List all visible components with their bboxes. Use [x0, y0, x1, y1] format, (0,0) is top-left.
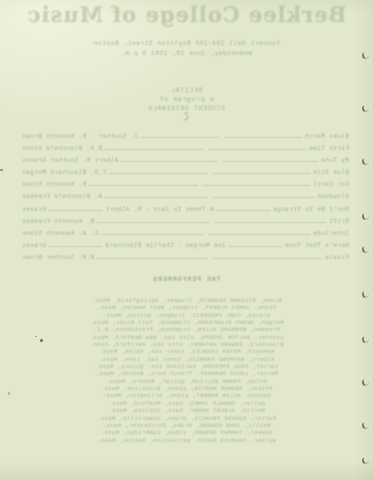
piece-title: First Time — [309, 143, 349, 155]
squiggle-mark: ζ — [0, 112, 373, 122]
composer-name: Graves — [22, 204, 46, 216]
dot-leader — [225, 137, 302, 138]
piece-title: Slowdown — [317, 191, 349, 203]
dot-leader — [229, 246, 282, 247]
composer-name: Graves — [22, 240, 46, 252]
program-row: For CarolR. Kenneth Stone — [22, 179, 349, 191]
recital-line-2: a program of — [0, 96, 373, 103]
dot-leader — [109, 173, 206, 174]
dot-leader — [213, 173, 310, 174]
dot-leader — [97, 258, 206, 259]
composer-name: C.D. Blanchard Morgan — [22, 167, 106, 179]
performer-line: Kenneth, PETER CHARLES, tenor sax, Salem… — [0, 348, 373, 355]
performer-line: Reilly, JOHN EDWARD, drums, Dorchester, … — [0, 422, 373, 429]
program-row: Here's That TuneJoe Morgan - Charlie Bla… — [22, 240, 349, 252]
paper-speck — [0, 169, 3, 171]
composer-name: B. Kenneth Freeman — [22, 216, 94, 228]
composer-name: R. Kenneth Stone — [22, 179, 86, 191]
dot-leader — [223, 161, 318, 162]
dot-leader — [105, 197, 206, 198]
performer-line: Walker, CHARLES DAVID, percussion, Bosto… — [0, 437, 373, 444]
bleed-through-layer: Berklee College of Music Concert Hall 28… — [0, 0, 373, 480]
program-row: SlowdownA. Blanchard Freeman — [22, 191, 349, 203]
paper-speck — [35, 336, 37, 337]
program-row: Blue SilkC.D. Blanchard Morgan — [22, 167, 349, 179]
program-row: Don't Be So StrangeA Theme In Jazz - R. … — [22, 204, 349, 216]
piece-title: Blue Silk — [313, 167, 349, 179]
piece-title: Drift — [329, 216, 349, 228]
scanned-page: Berklee College of Music Concert Hall 28… — [0, 0, 373, 480]
dot-leader — [213, 258, 322, 259]
composer-name: Albert R. Souther Graves — [22, 155, 118, 167]
dot-leader — [217, 210, 270, 211]
performer-line: Norris, ALBERT HENRY, bass, Chelsea, Mas… — [0, 407, 373, 414]
dot-leader — [105, 149, 202, 150]
performer-line: Carter, PAUL EMERSON, baritone sax, Quin… — [0, 363, 373, 370]
dot-leader — [49, 210, 102, 211]
program-list: Blues MarchJ. Souther - R. Kenneth Brown… — [22, 131, 349, 264]
performer-line: Morgan, HENRY BLANCHARD, trombone, Fall … — [0, 319, 373, 326]
piece-note: Joe Morgan - Charlie Blanchard — [105, 240, 225, 252]
piece-title: Finale — [325, 252, 349, 264]
program-row: My TuneAlbert R. Souther Graves — [22, 155, 349, 167]
program-row: First TimeB.H. Blanchard Stone — [22, 143, 349, 155]
performer-line: Porter, EUGENE FRANCIS, drums, Somervill… — [0, 415, 373, 422]
composer-name: A. Blanchard Freeman — [22, 191, 102, 203]
performer-line: Stone, JAMES ALBERT, trumpet, West Newto… — [0, 304, 373, 311]
performer-line: Freeman, BERNARD ALLEN, trombone, Provid… — [0, 326, 373, 333]
program-row: FinaleB.R. Souther Brown — [22, 252, 349, 264]
composer-name: B.H. Blanchard Stone — [22, 143, 102, 155]
piece-title: Blues March — [305, 131, 349, 143]
dot-leader — [101, 234, 202, 235]
piece-title: Don't Be So Strange — [273, 204, 349, 216]
dot-leader — [209, 234, 310, 235]
program-row: InterludeC. A. Kenneth Stone — [22, 228, 349, 240]
performer-line: Brown, RICHARD KENNETH, trumpet, Springf… — [0, 297, 373, 304]
dot-leader — [213, 197, 314, 198]
performer-line: Albert, RAYMOND FRANCIS, tenor sax, Lynn… — [0, 356, 373, 363]
dot-leader — [121, 161, 216, 162]
composer-name: C. A. Kenneth Stone — [22, 228, 98, 240]
program-row: DriftB. Kenneth Freeman — [22, 216, 349, 228]
performer-line: Keller, DONALD JAMES, bass, Medford, Mas… — [0, 400, 373, 407]
dot-leader — [89, 185, 196, 186]
performer-line: Graves, CARL FREDERIC, trumpet, Boston, … — [0, 312, 373, 319]
performer-line: Souther, WALTER JOSEPH, alto sax, New Be… — [0, 334, 373, 341]
performer-line: Hansen, ALLAN ROBERT, piano, Arlington, … — [0, 392, 373, 399]
page-title: Berklee College of Music — [0, 2, 373, 27]
piece-title: My Tune — [321, 155, 349, 167]
performers-list: Brown, RICHARD KENNETH, trumpet, Springf… — [0, 297, 373, 444]
composer-name: J. Souther - R. Kenneth Brown — [22, 131, 138, 143]
dot-leader — [209, 149, 306, 150]
performer-line: Dolan, FRANK WILLIAM, guitar, Revere, Ma… — [0, 378, 373, 385]
dot-leader — [215, 222, 326, 223]
recital-line-1: RECITAL — [0, 87, 373, 94]
dot-leader — [97, 222, 208, 223]
composer-name: B.R. Souther Brown — [22, 252, 94, 264]
date-line: Wednesday, June 28, 1961 8 p.m. — [0, 50, 373, 57]
performer-line: Mercer, LOUIS HERBERT, french horn, Bost… — [0, 370, 373, 377]
performers-heading: THE PERFORMERS — [0, 276, 373, 284]
venue-line: Concert Hall 284-286 Boylston Street, Bo… — [0, 40, 373, 47]
piece-title: Interlude — [313, 228, 349, 240]
dot-leader — [49, 246, 102, 247]
dot-leader — [203, 185, 310, 186]
piece-title: Here's That Tune — [285, 240, 349, 252]
program-row: Blues MarchJ. Souther - R. Kenneth Brown — [22, 131, 349, 143]
performer-line: Sawyer, THOMAS GERARD, vibes, Cambridge,… — [0, 429, 373, 436]
performer-line: Foster, GEORGE MARTIN, piano, Brookline,… — [0, 385, 373, 392]
piece-title: For Carol — [313, 179, 349, 191]
paper-speck — [40, 339, 43, 342]
recital-line-3: STUDENT ORIGINALS — [0, 105, 373, 112]
dot-leader — [141, 137, 218, 138]
performer-line: Blanchard, EDWARD ANTHONY, alto sax, Har… — [0, 341, 373, 348]
piece-note: A Theme In Jazz - R. Albert — [105, 204, 213, 216]
